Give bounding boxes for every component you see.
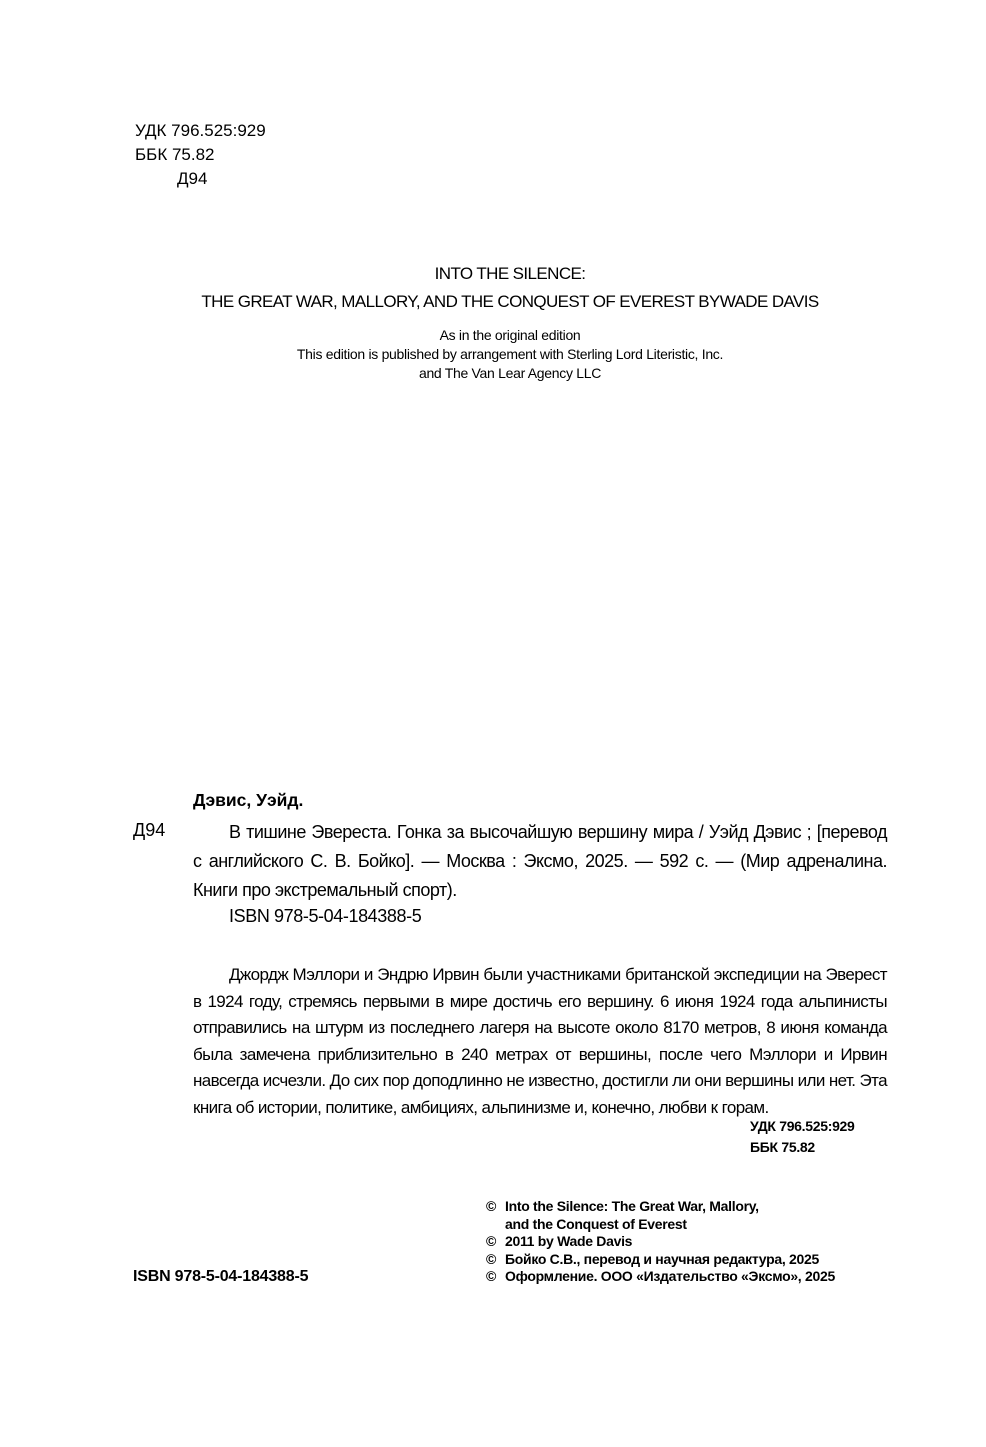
record-description: В тишине Эвереста. Гонка за высочайшую в… (193, 818, 887, 905)
copyright-icon: © (486, 1233, 505, 1251)
record-codes: УДК 796.525:929 ББК 75.82 (750, 1116, 855, 1158)
record-description-text: В тишине Эвереста. Гонка за высочайшую в… (193, 818, 887, 905)
copyright-item: © Бойко С.В., перевод и научная редактур… (486, 1251, 835, 1269)
copyright-icon: © (486, 1198, 505, 1216)
udk-code: УДК 796.525:929 (135, 119, 266, 143)
edition-note-line-2: This edition is published by arrangement… (0, 345, 986, 364)
record-author: Дэвис, Уэйд. (193, 790, 303, 811)
copyright-item: © Into the Silence: The Great War, Mallo… (486, 1198, 835, 1216)
record-abstract: Джордж Мэллори и Эндрю Ирвин были участн… (193, 962, 887, 1121)
original-title: INTO THE SILENCE: THE GREAT WAR, MALLORY… (0, 260, 986, 316)
record-isbn: ISBN 978-5-04-184388-5 (229, 906, 421, 927)
catalog-block: УДК 796.525:929 ББК 75.82 Д94 (135, 119, 266, 191)
original-title-line-2: THE GREAT WAR, MALLORY, AND THE CONQUEST… (0, 288, 986, 316)
copyright-item: © Оформление. ООО «Издательство «Эксмо»,… (486, 1268, 835, 1286)
bbk-code: ББК 75.82 (135, 143, 266, 167)
record-author-mark: Д94 (133, 820, 165, 841)
copyright-block: © Into the Silence: The Great War, Mallo… (486, 1198, 835, 1286)
copyright-icon: © (486, 1268, 505, 1286)
edition-note-line-3: and The Van Lear Agency LLC (0, 364, 986, 383)
edition-note-line-1: As in the original edition (0, 326, 986, 345)
record-abstract-text: Джордж Мэллори и Эндрю Ирвин были участн… (193, 962, 887, 1121)
original-title-line-1: INTO THE SILENCE: (0, 260, 986, 288)
copyright-item-continued: and the Conquest of Everest (486, 1216, 835, 1234)
record-bbk: ББК 75.82 (750, 1137, 855, 1158)
copyright-item: © 2011 by Wade Davis (486, 1233, 835, 1251)
author-mark: Д94 (135, 167, 266, 191)
copyright-icon: © (486, 1251, 505, 1269)
edition-note: As in the original edition This edition … (0, 326, 986, 383)
isbn-bottom: ISBN 978-5-04-184388-5 (133, 1268, 308, 1286)
record-udk: УДК 796.525:929 (750, 1116, 855, 1137)
